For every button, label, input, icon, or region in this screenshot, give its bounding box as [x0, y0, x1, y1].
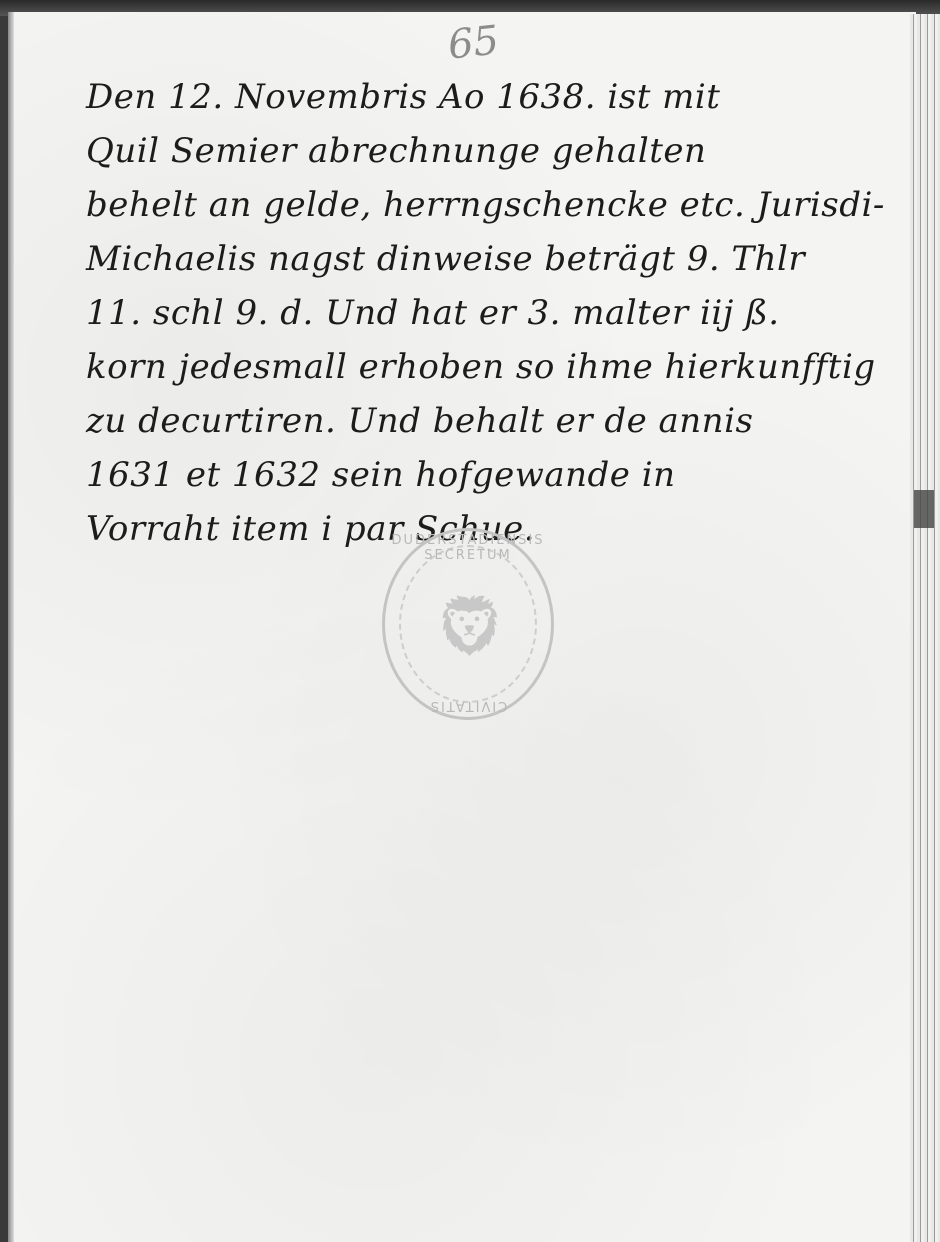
- text-line: Michaelis nagst dinweise beträgt 9. Thlr: [86, 232, 876, 286]
- text-line: Den 12. Novembris Ao 1638. ist mit: [86, 70, 876, 124]
- binding-tab: [914, 490, 934, 528]
- text-line: korn jedesmall erhoben so ihme hierkunff…: [86, 340, 876, 394]
- seal-text-top: DUDERSTADIENSIS SECRETUM: [385, 533, 551, 563]
- text-line: behelt an gelde, herrngschencke etc. Jur…: [86, 178, 876, 232]
- folio-number: 65: [446, 17, 501, 68]
- text-line: 11. schl 9. d. Und hat er 3. malter iij …: [86, 286, 876, 340]
- page-stack-edges: [910, 14, 940, 1242]
- text-line: Quil Semier abrechnunge gehalten: [86, 124, 876, 178]
- text-line: zu decurtiren. Und behalt er de annis: [86, 394, 876, 448]
- archive-seal-stamp: DUDERSTADIENSIS SECRETUM 🦁︎ CIVITATIS: [382, 528, 554, 720]
- text-line: 1631 et 1632 sein hofgewande in: [86, 448, 876, 502]
- handwritten-text: Den 12. Novembris Ao 1638. ist mit Quil …: [86, 70, 876, 556]
- lion-icon: 🦁︎: [425, 581, 515, 671]
- seal-text-bottom: CIVITATIS: [385, 698, 551, 713]
- page-left-edge: [8, 12, 14, 1242]
